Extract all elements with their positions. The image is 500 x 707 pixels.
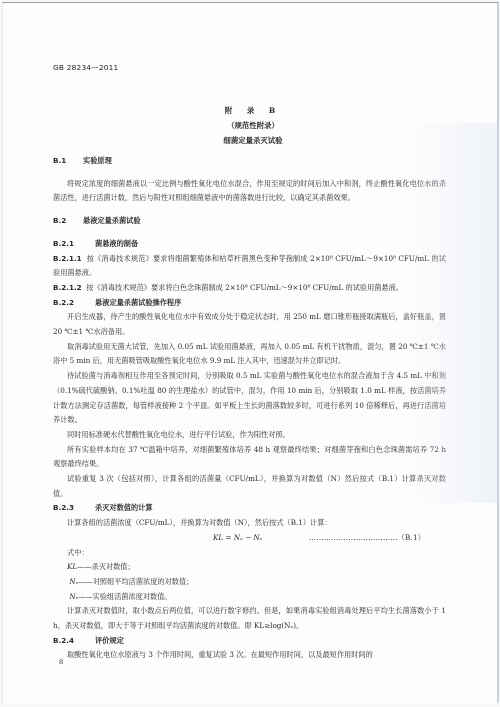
document-body: B.1实验原理 将规定浓度的细菌悬液以一定比例与酸性氧化电位水混合，作用至规定的…: [53, 154, 446, 663]
annex-type: （规范性附录）: [3, 120, 500, 131]
section-title: 杀灭对数值的计算: [95, 503, 153, 512]
formula-expression: KL = Nₒ − Nₓ: [213, 531, 262, 546]
paragraph: 待试验菌与消毒剂相互作用至各预定时间，分别吸取 0.5 mL 实验菌与酸性氧化电…: [53, 369, 446, 428]
section-title: 悬液定量杀菌试验操作程序: [95, 298, 181, 307]
section-title: 评价规定: [95, 636, 124, 645]
definition-nx: Nₓ——实验组活菌浓度对数值。: [53, 590, 446, 605]
formula-tag: ………………………………（B.1）: [309, 531, 425, 546]
symbol: Nₒ: [69, 577, 78, 586]
definition-text: ——杀灭对数值；: [77, 562, 135, 571]
clause-text: 按《消毒技术规范》要求将细菌繁殖体和枯草杆菌黑色变种芽孢制成 2×10⁸ CFU…: [53, 254, 446, 278]
section-number: B.2.3: [53, 501, 93, 516]
definition-text: ——实验组活菌浓度对数值。: [78, 592, 171, 601]
document-page: GB 28234—2011 附 录 B （规范性附录） 细菌定量杀灭试验 B.1…: [2, 2, 499, 703]
definition-no: Nₒ——对照组平均活菌浓度的对数值；: [53, 575, 446, 590]
clause-number: B.2.1.1: [53, 254, 82, 263]
section-number: B.2.4: [53, 634, 93, 649]
definition-kl: KL——杀灭对数值；: [53, 560, 446, 575]
clause-b2-1-2: B.2.1.2 按《消毒技术规范》要求将白色念珠菌制成 2×10⁸ CFU/mL…: [53, 281, 446, 296]
section-heading-b2-4: B.2.4评价规定: [53, 634, 446, 649]
section-heading-b1: B.1实验原理: [53, 154, 446, 169]
paragraph: 取消毒试验用无菌大试管，先加入 0.05 mL 试验用菌悬液，再加入 0.05 …: [53, 340, 446, 369]
paragraph: 所有实验样本均在 37 ℃温箱中培养，对细菌繁殖体培养 48 h 观察最终结果；…: [53, 443, 446, 472]
paragraph: 计算各组的活菌浓度（CFU/mL），并换算为对数值（N），然后按式（B.1）计算…: [53, 516, 446, 531]
section-title: 菌悬液的制备: [95, 239, 138, 248]
paragraph: 计算杀灭对数值时，取小数点后两位值，可以进行数字修约。但是，如果消毒实验组消毒处…: [53, 604, 446, 633]
clause-b2-1-1: B.2.1.1 按《消毒技术规范》要求将细菌繁殖体和枯草杆菌黑色变种芽孢制成 2…: [53, 252, 446, 281]
clause-number: B.2.1.2: [53, 283, 82, 292]
page-number: 8: [59, 658, 63, 666]
section-number: B.2: [53, 214, 79, 229]
standard-code: GB 28234—2011: [53, 63, 118, 72]
section-title: 悬液定量杀菌试验: [83, 216, 141, 225]
clause-text: 按《消毒技术规范》要求将白色念珠菌制成 2×10⁸ CFU/mL～9×10⁸ C…: [86, 283, 403, 292]
annex-name: 细菌定量杀灭试验: [3, 135, 500, 146]
paragraph: 试验重复 3 次（包括对照），计算各组的活菌量（CFU/mL），并换算为对数值（…: [53, 472, 446, 501]
where-label: 式中：: [53, 546, 446, 561]
section-heading-b2: B.2悬液定量杀菌试验: [53, 214, 446, 229]
paragraph: 同时用标准硬水代替酸性氧化电位水，进行平行试验，作为阳性对照。: [53, 428, 446, 443]
annex-title: 附 录 B: [3, 105, 500, 116]
paragraph: 取酸性氧化电位水原液与 3 个作用时间，重复试验 3 次。在最短作用时间，以及最…: [53, 648, 446, 663]
section-heading-b2-1: B.2.1菌悬液的制备: [53, 237, 446, 252]
paragraph: 将规定浓度的细菌悬液以一定比例与酸性氧化电位水混合，作用至规定的时间后加入中和剂…: [53, 177, 446, 206]
definition-text: ——对照组平均活菌浓度的对数值；: [78, 577, 193, 586]
section-heading-b2-2: B.2.2悬液定量杀菌试验操作程序: [53, 296, 446, 311]
section-heading-b2-3: B.2.3杀灭对数值的计算: [53, 501, 446, 516]
section-number: B.2.2: [53, 296, 93, 311]
formula-b1: KL = Nₒ − Nₓ ………………………………（B.1）: [53, 531, 446, 546]
section-number: B.2.1: [53, 237, 93, 252]
paragraph: 开启生成器，待产生的酸性氧化电位水中有效成分处于稳定状态时，用 250 mL 磨…: [53, 310, 446, 339]
section-title: 实验原理: [83, 156, 112, 165]
section-number: B.1: [53, 154, 79, 169]
symbol: KL: [67, 562, 77, 571]
symbol: Nₓ: [69, 592, 78, 601]
